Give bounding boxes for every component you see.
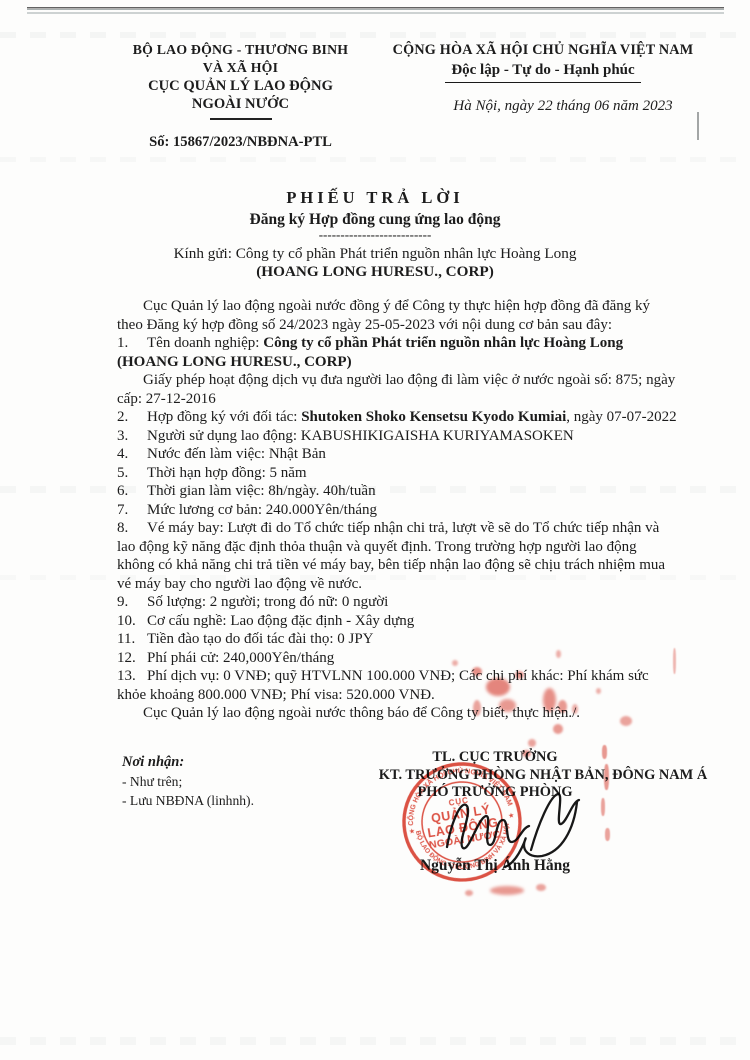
list-item-6: 6.Thời gian làm việc: 8h/ngày. 40h/tuần (117, 482, 677, 501)
place-and-date: Hà Nội, ngày 22 tháng 06 năm 2023 (378, 97, 708, 116)
list-item-5: 5.Thời hạn hợp đồng: 5 năm (117, 464, 677, 483)
ink-speck (620, 716, 632, 726)
ink-streak (604, 764, 609, 790)
ink-speck (486, 678, 510, 696)
list-item-8: 8.Vé máy bay: Lượt đi do Tổ chức tiếp nh… (117, 519, 677, 593)
list-item-4: 4.Nước đến làm việc: Nhật Bản (117, 445, 677, 464)
scan-edge-line (27, 7, 724, 10)
ink-streak (601, 798, 605, 816)
ink-speck (596, 688, 601, 694)
signature-scribble (433, 781, 585, 873)
closing-line: Cục Quản lý lao động ngoài nước thông bá… (117, 704, 677, 723)
ink-speck (522, 750, 531, 757)
issuing-agency-block: BỘ LAO ĐỘNG - THƯƠNG BINH VÀ XÃ HỘI CỤC … (118, 41, 363, 151)
national-title: CỘNG HÒA XÃ HỘI CHỦ NGHĨA VIỆT NAM (378, 41, 708, 60)
scanned-document-page: BỘ LAO ĐỘNG - THƯƠNG BINH VÀ XÃ HỘI CỤC … (0, 0, 750, 1060)
ink-speck (543, 688, 556, 712)
document-title-block: PHIẾU TRẢ LỜI Đăng ký Hợp đồng cung ứng … (0, 188, 750, 281)
ink-speck (452, 660, 458, 666)
agency-name-line1: CỤC QUẢN LÝ LAO ĐỘNG (118, 77, 363, 95)
recipient-company-abbr: (HOANG LONG HURESU., CORP) (0, 263, 750, 281)
title-divider: -------------------------- (0, 229, 750, 241)
ink-streak (673, 648, 676, 674)
recipient-line: Kính gửi: Công ty cổ phần Phát triển ngu… (0, 245, 750, 263)
list-item-13: 13.Phí dịch vụ: 0 VNĐ; quỹ HTVLNN 100.00… (117, 667, 677, 704)
agency-underline (210, 118, 272, 120)
ink-speck (556, 650, 561, 658)
recipient-item: - Như trên; (122, 772, 254, 791)
list-item-2: 2.Hợp đồng ký với đối tác: Shutoken Shok… (117, 408, 677, 427)
scan-edge-line-echo (27, 12, 724, 14)
ink-speck (572, 704, 578, 714)
list-item-12: 12.Phí phái cử: 240,000Yên/tháng (117, 649, 677, 668)
ink-speck (515, 671, 524, 679)
list-item-1: 1.Tên doanh nghiệp: Công ty cổ phần Phát… (117, 334, 677, 371)
recipients-block: Nơi nhận: - Như trên; - Lưu NBĐNA (linhn… (122, 753, 254, 810)
recipients-label: Nơi nhận: (122, 753, 254, 772)
list-item-10: 10.Cơ cấu nghề: Lao động đặc định - Xây … (117, 612, 677, 631)
ink-speck (558, 700, 567, 713)
ink-speck (465, 890, 473, 896)
ink-streak (605, 828, 610, 841)
ink-speck (553, 724, 563, 734)
scan-streak (0, 1037, 750, 1045)
scan-streak (0, 157, 750, 162)
ink-speck (499, 699, 516, 712)
ink-speck (490, 886, 524, 895)
list-item-7: 7.Mức lương cơ bản: 240.000Yên/tháng (117, 501, 677, 520)
document-body: Cục Quản lý lao động ngoài nước đồng ý đ… (117, 297, 677, 723)
list-item-11: 11.Tiền đào tạo do đối tác đài thọ: 0 JP… (117, 630, 677, 649)
list-item-9: 9.Số lượng: 2 người; trong đó nữ: 0 ngườ… (117, 593, 677, 612)
ink-speck (528, 739, 536, 747)
ink-speck (536, 884, 546, 891)
agency-name-line2: NGOÀI NƯỚC (118, 95, 363, 113)
ink-streak (602, 745, 607, 759)
ink-speck (473, 700, 481, 716)
document-title: PHIẾU TRẢ LỜI (0, 188, 750, 208)
national-motto: Độc lập - Tự do - Hạnh phúc (445, 61, 640, 83)
recipient-item: - Lưu NBĐNA (linhnh). (122, 791, 254, 810)
document-number: Số: 15867/2023/NBĐNA-PTL (118, 133, 363, 151)
ministry-name-line2: VÀ XÃ HỘI (118, 59, 363, 77)
list-item-3: 3.Người sử dụng lao động: KABUSHIKIGAISH… (117, 427, 677, 446)
national-heading-block: CỘNG HÒA XÃ HỘI CHỦ NGHĨA VIỆT NAM Độc l… (378, 41, 708, 116)
license-line: Giấy phép hoạt động dịch vụ đưa người la… (117, 371, 677, 408)
scan-streak (0, 32, 750, 38)
intro-paragraph: Cục Quản lý lao động ngoài nước đồng ý đ… (117, 297, 677, 334)
scan-mark (697, 112, 699, 140)
ink-speck (472, 667, 482, 676)
ministry-name-line1: BỘ LAO ĐỘNG - THƯƠNG BINH (118, 41, 363, 59)
